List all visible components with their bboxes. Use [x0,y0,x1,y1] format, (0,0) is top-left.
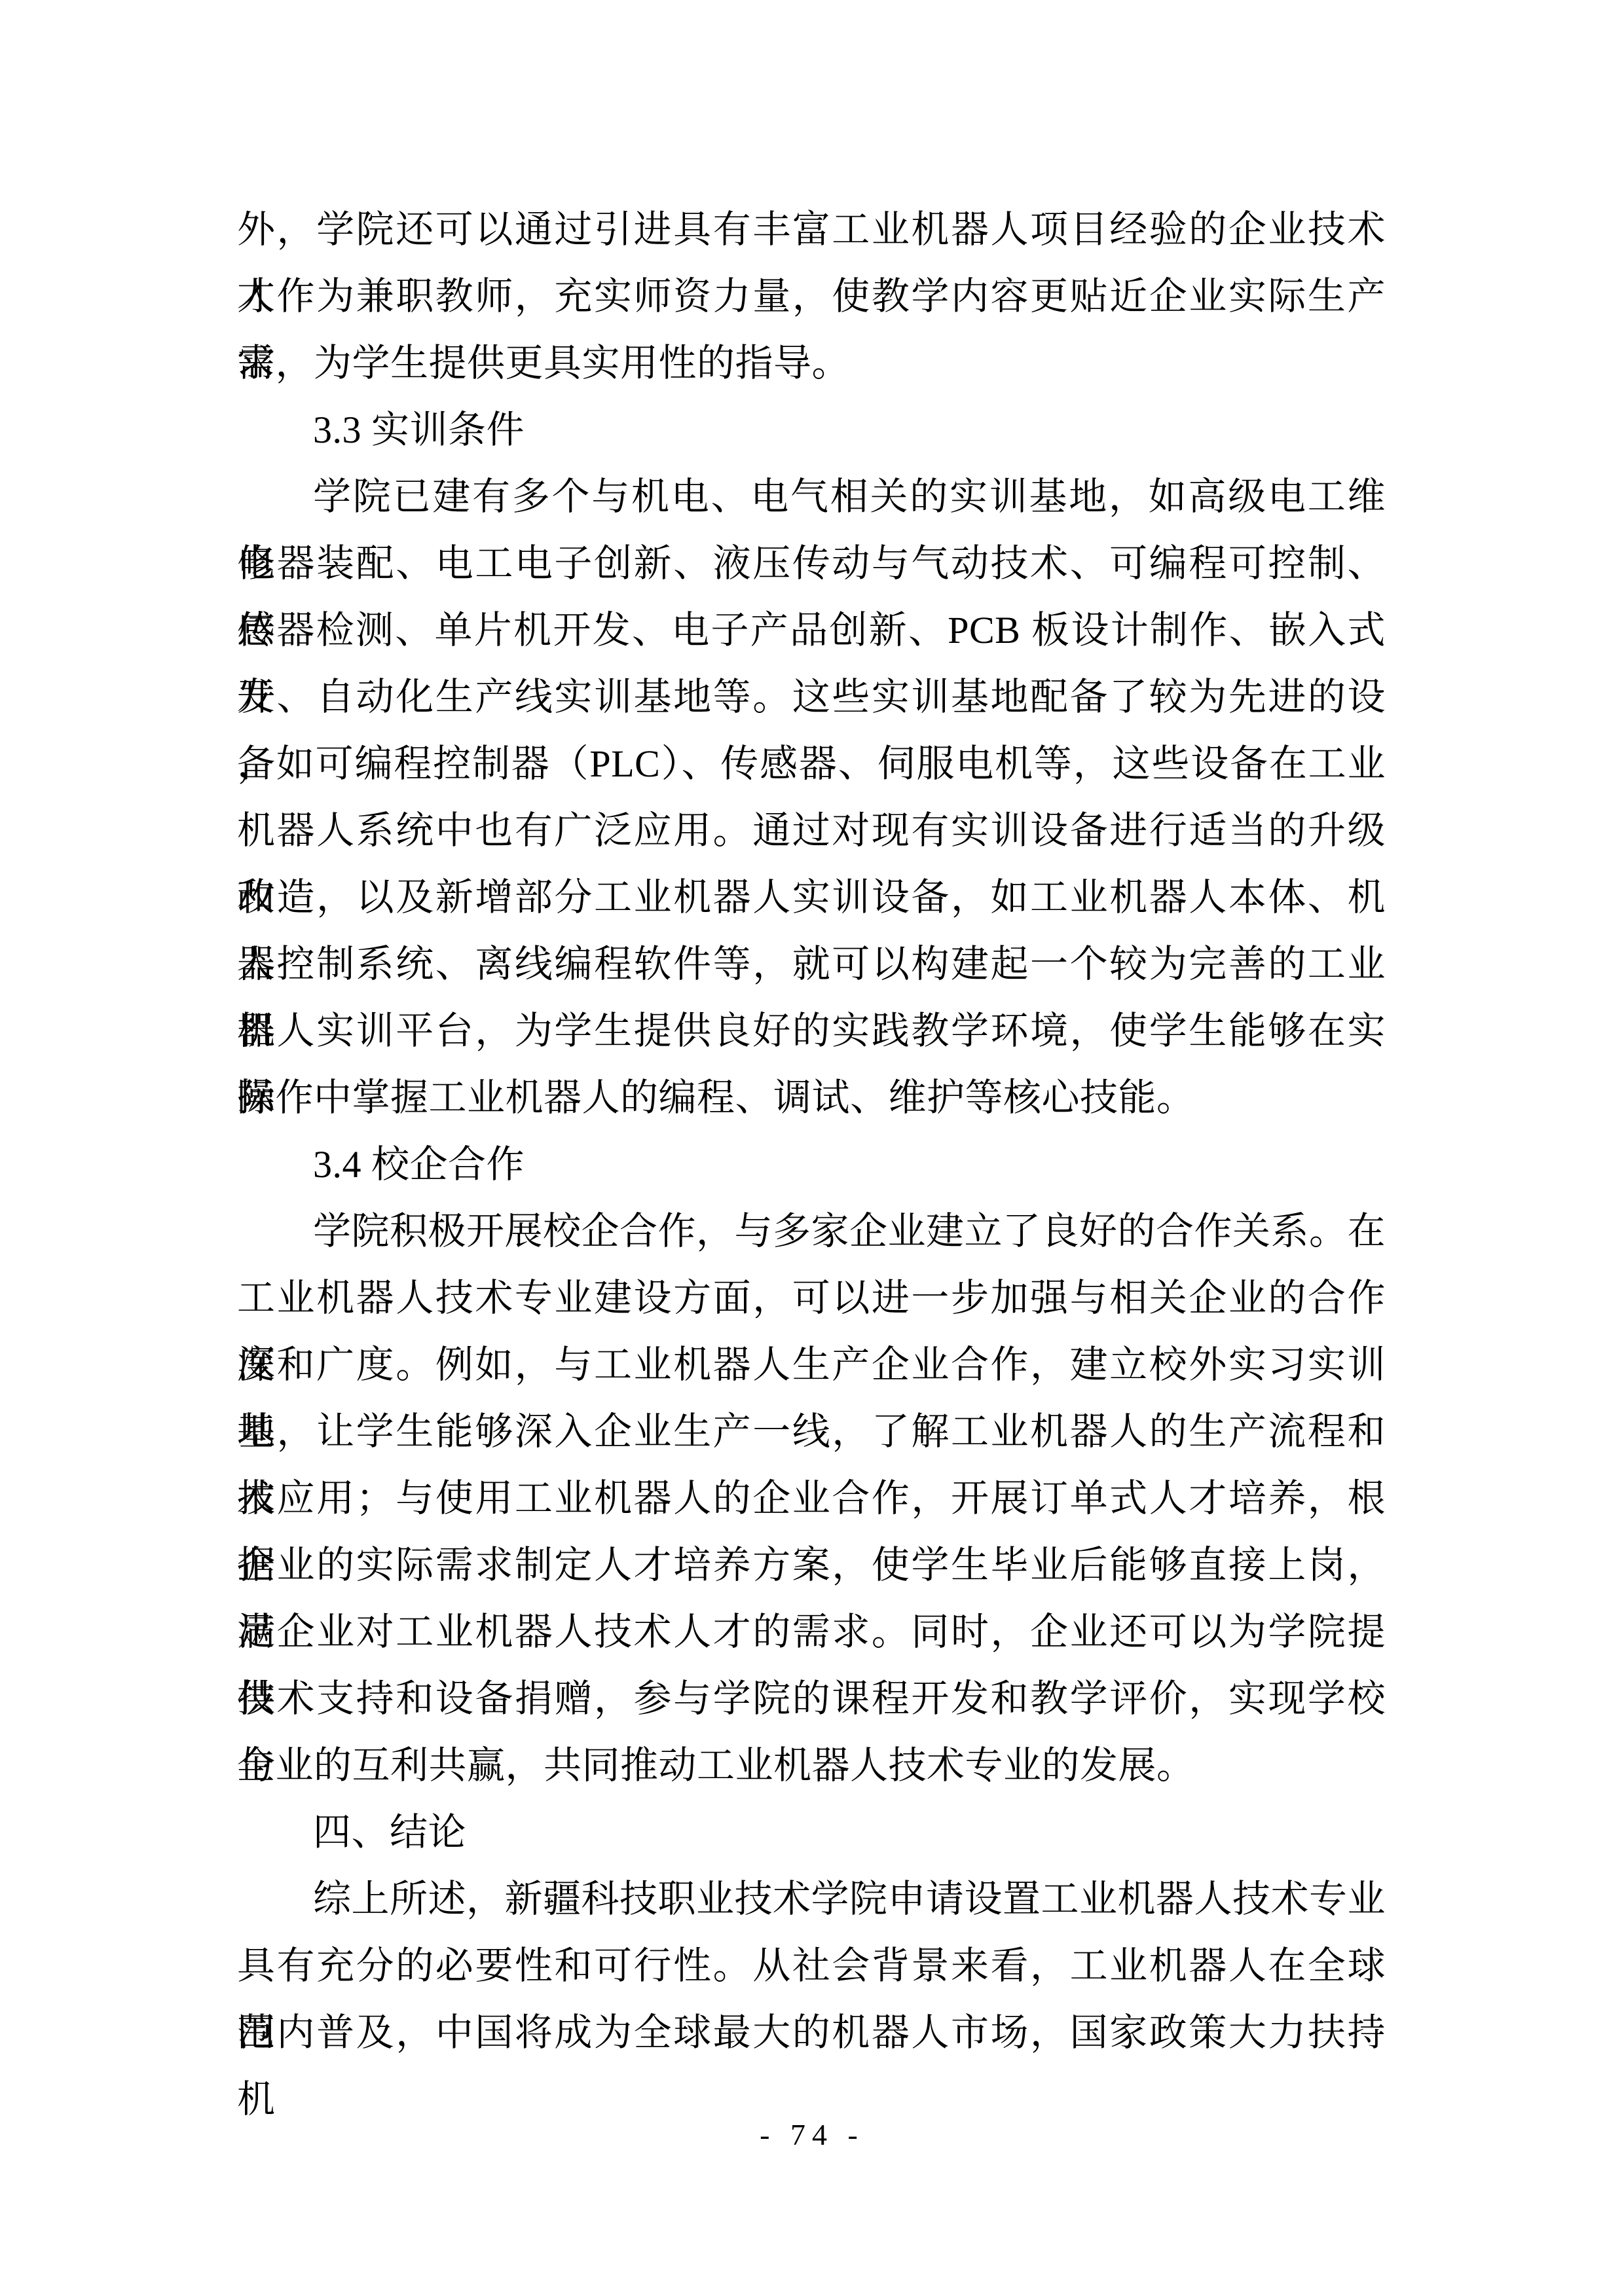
document-page: 外，学院还可以通过引进具有丰富工业机器人项目经验的企业技术人 才作为兼职教师，充… [0,0,1624,2296]
text-line: 器人实训平台，为学生提供良好的实践教学环境，使学生能够在实际 [237,998,1386,1065]
text-line: 足企业对工业机器人技术人才的需求。同时，企业还可以为学院提供 [237,1599,1386,1666]
text-line: 发、自动化生产线实训基地等。这些实训基地配备了较为先进的设备 [237,664,1386,731]
text-block: 外，学院还可以通过引进具有丰富工业机器人项目经验的企业技术人 才作为兼职教师，充… [237,196,1386,2066]
text-line: 具有充分的必要性和可行性。从社会背景来看，工业机器人在全球范 [237,1933,1386,1999]
text-line: 综上所述，新疆科技职业技术学院申请设置工业机器人技术专业 [237,1866,1386,1933]
text-line: 才作为兼职教师，充实师资力量，使教学内容更贴近企业实际生产需 [237,263,1386,330]
text-line: 企业的实际需求制定人才培养方案，使学生毕业后能够直接上岗，满 [237,1532,1386,1599]
text-line: 人控制系统、离线编程软件等，就可以构建起一个较为完善的工业机 [237,931,1386,998]
text-line: 围内普及，中国将成为全球最大的机器人市场，国家政策大力扶持机 [237,1999,1386,2066]
section-heading-3-3: 3.3 实训条件 [237,397,1386,464]
text-line: 机器人系统中也有广泛应用。通过对现有实训设备进行适当的升级和 [237,797,1386,864]
text-line: 电器装配、电工电子创新、液压传动与气动技术、可编程可控制、传 [237,530,1386,597]
text-line: ，如可编程控制器（PLC）、传感器、伺服电机等，这些设备在工业 [237,731,1386,797]
text-line: 度和广度。例如，与工业机器人生产企业合作，建立校外实习实训基 [237,1332,1386,1398]
text-line: 学院已建有多个与机电、电气相关的实训基地，如高级电工维修、 [237,464,1386,530]
text-line: 地，让学生能够深入企业生产一线，了解工业机器人的生产流程和技 [237,1398,1386,1465]
page-footer: - 74 - [0,2113,1624,2157]
text-line: 感器检测、单片机开发、电子产品创新、PCB 板设计制作、嵌入式开 [237,597,1386,664]
text-line: 术应用；与使用工业机器人的企业合作，开展订单式人才培养，根据 [237,1465,1386,1532]
section-heading-4: 四、结论 [237,1799,1386,1866]
text-line: 企业的互利共赢，共同推动工业机器人技术专业的发展。 [237,1732,1386,1799]
text-line: 工业机器人技术专业建设方面，可以进一步加强与相关企业的合作深 [237,1265,1386,1332]
text-line: 学院积极开展校企合作，与多家企业建立了良好的合作关系。在 [237,1198,1386,1265]
section-heading-3-4: 3.4 校企合作 [237,1131,1386,1198]
page-number: - 74 - [760,2118,864,2151]
text-line: 改造，以及新增部分工业机器人实训设备，如工业机器人本体、机器 [237,864,1386,931]
text-line: 技术支持和设备捐赠，参与学院的课程开发和教学评价，实现学校与 [237,1666,1386,1732]
text-line: 操作中掌握工业机器人的编程、调试、维护等核心技能。 [237,1065,1386,1131]
text-line: 求，为学生提供更具实用性的指导。 [237,330,1386,397]
text-line: 外，学院还可以通过引进具有丰富工业机器人项目经验的企业技术人 [237,196,1386,263]
